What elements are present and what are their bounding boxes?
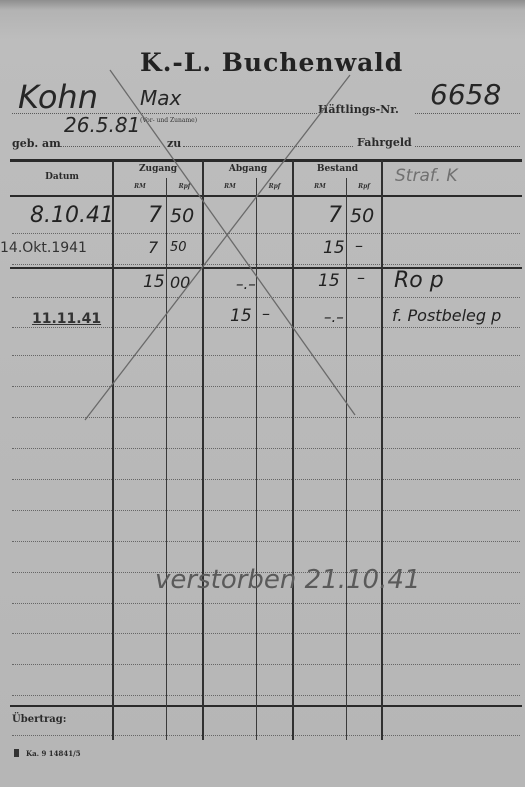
prisoner-account-card: K.-L. Buchenwald Kohn Max Häftlings-Nr. …	[0, 0, 525, 787]
strike-through-icon	[0, 0, 525, 787]
